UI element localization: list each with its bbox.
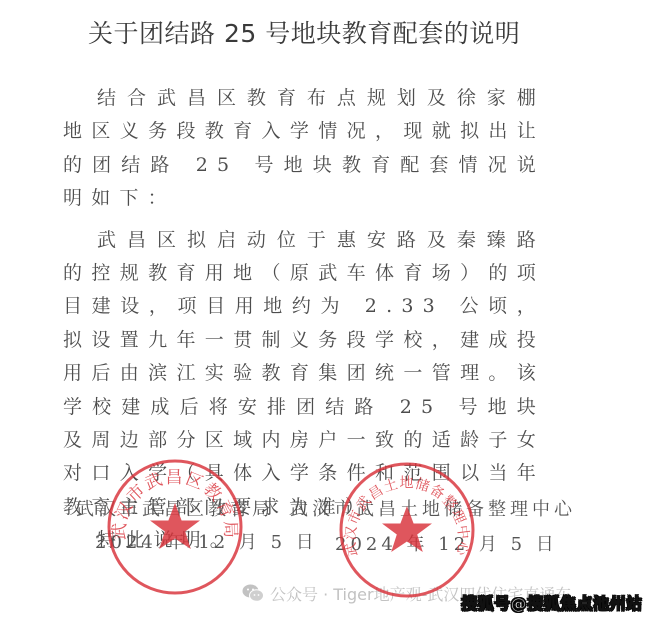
wechat-icon: [242, 583, 264, 603]
paragraph-intro: 结合武昌区教育布点规划及徐家棚地区义务段教育入学情况，现就拟出让的团结路 25 …: [63, 82, 545, 216]
source-overlay-label: 搜狐号@搜狐焦点池州站: [461, 591, 643, 614]
signature-organization-education-bureau: 武汉市武昌区教育局: [76, 498, 274, 522]
document-title: 关于团结路 25 号地块教育配套的说明: [88, 18, 528, 50]
paragraph-details: 武昌区拟启动位于惠安路及秦臻路的控规教育用地（原武车体育场）的项目建设，项目用地…: [63, 224, 545, 525]
signature-date-land-reserve-center: 2024 年 12 月 5 日: [335, 533, 558, 557]
signature-organization-land-reserve-center: 武汉市武昌土地储备整理中心: [290, 498, 576, 522]
document-body: 结合武昌区教育布点规划及徐家棚地区义务段教育入学情况，现就拟出让的团结路 25 …: [63, 82, 545, 558]
signature-date-education-bureau: 2024 年 12 月 5 日: [95, 531, 318, 555]
